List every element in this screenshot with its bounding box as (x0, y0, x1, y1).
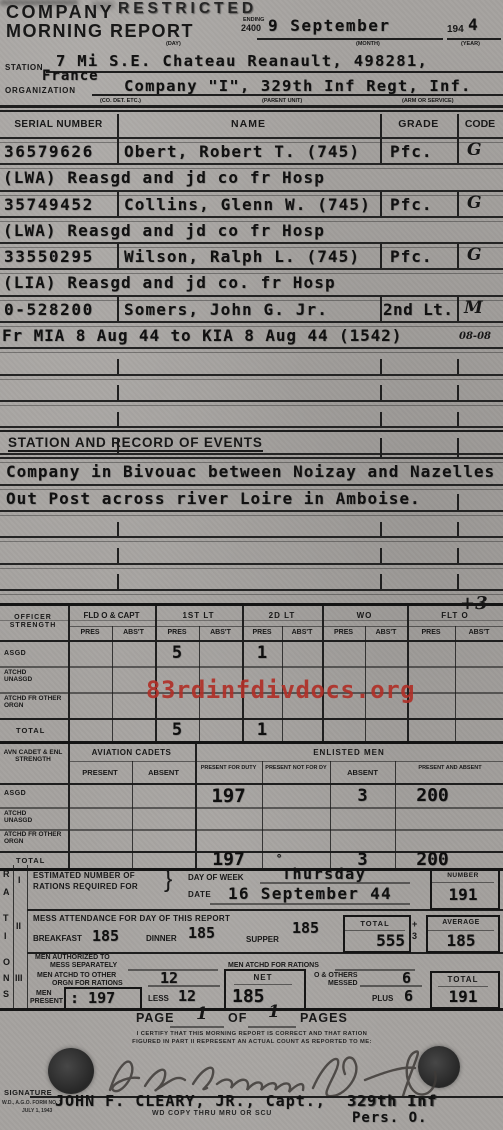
roster-row-entry: 35749452 Collins, Glenn W. (745) Pfc. G (0, 192, 503, 218)
roster-row-entry: 0-528200 Somers, John G. Jr. 2nd Lt. M (0, 297, 503, 323)
rations-rail-letter: O (3, 957, 10, 967)
plus-value: 6 (404, 987, 413, 1005)
grade: Pfc. (390, 195, 433, 214)
mess-attendance-title: MESS ATTENDANCE FOR DAY OF THIS REPORT (33, 914, 230, 923)
events-heading: STATION AND RECORD OF EVENTS (8, 435, 263, 452)
day-of-week-label: DAY OF WEEK (188, 873, 244, 882)
row-label-asgd: ASGD (4, 650, 26, 657)
events-text-row: Out Post across river Loire in Amboise. (0, 486, 503, 513)
code-mark: G (467, 193, 482, 213)
sub-absent: ABSENT (132, 768, 195, 777)
table-divider (322, 606, 324, 744)
entry-note: (LWA) Reasgd and jd co fr Hosp (3, 168, 325, 187)
net-value: 185 (226, 986, 306, 1007)
table-rule (0, 640, 503, 642)
column-divider (117, 522, 119, 537)
column-divider (117, 359, 119, 374)
column-divider (457, 359, 459, 374)
column-divider (117, 574, 119, 589)
rations-numeral-ii: II (16, 921, 21, 931)
code-mark: G (467, 245, 482, 265)
group-flt-o: FLT O (407, 611, 503, 620)
officer-strength-table: OFFICER STRENGTH FLD O & CAPT 1ST LT 2D … (0, 603, 503, 744)
estimated-rations-label-2: RATIONS REQUIRED FOR (33, 882, 138, 891)
column-divider (380, 440, 382, 458)
sub-present-for-duty: PRESENT FOR DUTY (197, 765, 260, 771)
men-present-label-1: MEN (36, 990, 52, 997)
rations-total-value: 191 (432, 987, 494, 1006)
mess-total-value: 555 (351, 931, 405, 950)
table-divider (455, 626, 456, 744)
row-label-atchd-fr-other: ATCHD FR OTHER ORGN (4, 831, 62, 846)
org-sub-parent-unit: (PARENT UNIT) (262, 98, 302, 104)
column-divider (117, 244, 119, 268)
table-divider (68, 606, 70, 744)
group-1st-lt: 1ST LT (155, 611, 242, 620)
number-label: NUMBER (432, 872, 494, 879)
row-label-atchd-fr-other: ATCHD FR OTHER ORGN (4, 695, 62, 710)
sub-pres: PRES (68, 629, 112, 636)
sub-pres: PRES (155, 629, 199, 636)
net-label: NET (226, 973, 300, 982)
supper-label: SUPPER (246, 935, 279, 944)
signer-typed-name: JOHN F. CLEARY, JR., Capt., (55, 1092, 326, 1110)
less-label: LESS (148, 994, 169, 1003)
column-divider (457, 412, 459, 427)
men-present-value: : 197 (70, 989, 115, 1007)
roster-row-note: (LWA) Reasgd and jd co fr Hosp (0, 218, 503, 244)
column-divider (457, 574, 459, 589)
column-divider (117, 412, 119, 427)
year-written: 4 (468, 15, 478, 34)
soldier-name: Collins, Glenn W. (745) (124, 195, 371, 214)
enlisted-corner-label: AVN CADET & ENL STRENGTH (3, 749, 63, 764)
certify-line-1: I CERTIFY THAT THIS MORNING REPORT IS CO… (96, 1031, 408, 1037)
copy-routing-note: WD COPY THRU MRU OR SCU (152, 1110, 272, 1117)
pages-underline (248, 1026, 296, 1028)
roster-row-entry: 36579626 Obert, Robert T. (745) Pfc. G (0, 139, 503, 165)
column-divider (457, 192, 459, 216)
rations-numeral-iii: III (15, 973, 23, 983)
table-divider (112, 626, 113, 744)
enlisted-strength-table: AVN CADET & ENL STRENGTH AVIATION CADETS… (0, 741, 503, 871)
table-rule (0, 666, 503, 668)
row-label-total: TOTAL (16, 856, 45, 865)
entry-note: (LWA) Reasgd and jd co fr Hosp (3, 221, 325, 240)
rations-rail-letter: I (4, 931, 7, 941)
roster-row-note: (LIA) Reasgd and jd co. fr Hosp (0, 270, 503, 296)
sub-pres: PRES (407, 629, 455, 636)
average-label: AVERAGE (428, 919, 494, 926)
code-note: 08-08 (459, 331, 491, 342)
divide-sign-top: + (412, 919, 417, 929)
table-rule (68, 761, 503, 762)
number-box: NUMBER 191 (430, 868, 500, 910)
page-underline (170, 1026, 224, 1028)
pages-label: PAGES (300, 1011, 348, 1025)
events-section: STATION AND RECORD OF EVENTS Company in … (0, 430, 503, 615)
events-line-1: Company in Bivouac between Noizay and Na… (6, 462, 495, 481)
net-rule (234, 984, 292, 985)
brace-glyph: } (164, 865, 172, 894)
roster-row-note: Fr MIA 8 Aug 44 to KIA 8 Aug 44 (1542) 0… (0, 323, 503, 349)
column-divider (457, 139, 459, 163)
column-divider (457, 385, 459, 400)
column-divider (380, 574, 382, 589)
column-header-serial: SERIAL NUMBER (0, 119, 117, 130)
men-atchd-for-rations-label: MEN ATCHD FOR RATIONS (228, 962, 319, 969)
rations-rail-letter: A (3, 887, 10, 897)
soldier-name: Wilson, Ralph L. (745) (124, 247, 360, 266)
column-divider (380, 114, 382, 137)
row-label-atchd-unasgd: ATCHD UNASGD (4, 810, 56, 825)
men-atchd-other-label-1: MEN ATCHD TO OTHER (37, 972, 116, 979)
column-divider (457, 440, 459, 458)
page-label: PAGE (136, 1011, 175, 1025)
column-divider (380, 385, 382, 400)
month-label: (MONTH) (356, 41, 380, 47)
rations-numeral-i: I (18, 875, 21, 885)
column-divider (117, 548, 119, 563)
org-sub-co-det: (CO. DET. ETC.) (100, 98, 141, 104)
year-underline (447, 38, 501, 40)
breakfast-label: BREAKFAST (33, 934, 82, 943)
serial-number: 35749452 (4, 195, 94, 214)
table-rule (0, 829, 503, 831)
roster-header-row: SERIAL NUMBER NAME GRADE CODE (0, 114, 503, 139)
men-atchd-other-label-2: ORGN FOR RATIONS (52, 980, 123, 987)
column-divider (117, 139, 119, 163)
officer-total-2dlt-pres: 1 (242, 720, 282, 740)
page-number: 1 (196, 1004, 208, 1024)
column-divider (380, 522, 382, 537)
average-value: 185 (428, 931, 494, 950)
column-header-code: CODE (457, 118, 503, 130)
column-divider (380, 297, 382, 321)
plus-label: PLUS (372, 994, 393, 1003)
soldier-name: Somers, John G. Jr. (124, 300, 328, 319)
column-divider (380, 548, 382, 563)
enlisted-asgd-present-and-absent: 200 (395, 785, 470, 806)
rations-total-label: TOTAL (432, 975, 494, 984)
group-aviation-cadets: AVIATION CADETS (68, 748, 195, 757)
grade: 2nd Lt. (383, 300, 453, 319)
group-fld-o-capt: FLD O & CAPT (68, 611, 155, 620)
ending-time: 2400 (241, 23, 261, 33)
station-value: 7 Mi S.E. Chateau Reanault, 498281, (56, 52, 428, 70)
roster-row-entry: 33550295 Wilson, Ralph L. (745) Pfc. G (0, 244, 503, 270)
date-underline (210, 903, 410, 905)
events-line-2: Out Post across river Loire in Amboise. (6, 489, 421, 508)
mess-total-box: TOTAL 555 (343, 915, 411, 953)
column-divider (380, 139, 382, 163)
number-box-rule (432, 882, 494, 883)
year-printed: 194 (447, 24, 464, 35)
rations-total-box: TOTAL 191 (430, 971, 500, 1009)
enlisted-total-present-not-for-dy: ° (264, 852, 294, 865)
station-label: STATION (5, 63, 43, 72)
signer-typed-unit: 329th Inf (347, 1092, 437, 1110)
column-divider (380, 192, 382, 216)
sub-abst: ABS'T (199, 629, 242, 636)
serial-number: 33550295 (4, 247, 94, 266)
site-watermark: 83rdinfdivdocs.org (146, 676, 415, 704)
grade: Pfc. (390, 142, 433, 161)
column-divider (457, 114, 459, 137)
supper-value: 185 (292, 919, 319, 937)
column-divider (117, 192, 119, 216)
code-mark: G (467, 140, 482, 160)
form-title-line2: MORNING REPORT (6, 21, 194, 42)
table-rule (0, 807, 503, 809)
enlisted-asgd-absent: 3 (330, 786, 395, 806)
column-divider (117, 297, 119, 321)
column-divider (380, 359, 382, 374)
officer-total-1stlt-pres: 5 (155, 720, 199, 740)
day-of-week-value: Thursday (282, 865, 366, 883)
row-label-total: TOTAL (16, 726, 45, 735)
column-divider (457, 548, 459, 563)
officer-asgd-2dlt-pres: 1 (242, 643, 282, 663)
year-label: (YEAR) (461, 41, 480, 47)
events-text-row: Company in Bivouac between Noizay and Na… (0, 459, 503, 486)
dinner-label: DINNER (146, 934, 177, 943)
header-rule-echo (0, 110, 503, 112)
column-divider (380, 412, 382, 427)
mess-total-label: TOTAL (345, 919, 405, 928)
row-label-asgd: ASGD (4, 790, 26, 797)
roster-row-empty (0, 349, 503, 375)
rail-divider (13, 865, 14, 1008)
table-divider (407, 606, 409, 744)
events-empty-row (0, 512, 503, 538)
sub-pres: PRES (322, 629, 365, 636)
report-date: 9 September (268, 16, 390, 35)
serial-number: 0-528200 (4, 300, 94, 319)
column-divider (117, 114, 119, 137)
rations-rail-letter: R (3, 869, 10, 879)
rations-rail-letter: S (3, 989, 9, 999)
of-label: OF (228, 1011, 247, 1025)
rations-rail-letter: N (3, 973, 10, 983)
events-heading-row: STATION AND RECORD OF EVENTS (0, 432, 503, 459)
roster-row-note: (LWA) Reasgd and jd co fr Hosp (0, 165, 503, 191)
serial-number: 36579626 (4, 142, 94, 161)
sub-present-not-for-dy: PRESENT NOT FOR DY (264, 765, 328, 771)
table-divider (132, 761, 133, 868)
entry-note: Fr MIA 8 Aug 44 to KIA 8 Aug 44 (1542) (2, 326, 402, 345)
events-empty-row (0, 565, 503, 591)
sub-absent-enlisted: ABSENT (330, 768, 395, 777)
column-divider (457, 244, 459, 268)
date-underline (257, 38, 443, 40)
sub-abst: ABS'T (112, 629, 155, 636)
average-box: AVERAGE 185 (426, 915, 500, 953)
dinner-value: 185 (188, 924, 215, 942)
rail-divider (27, 865, 28, 1008)
form-reference: W.D., A.G.O. FORM NO. 1 (2, 1100, 62, 1106)
date-label: DATE (188, 890, 211, 899)
header-rule-heavy (0, 105, 503, 108)
sub-pres: PRES (242, 629, 282, 636)
sub-abst: ABS'T (365, 629, 407, 636)
men-present-box: : 197 (64, 987, 142, 1010)
group-2d-lt: 2D LT (242, 611, 322, 620)
organization-value: Company "I", 329th Inf Regt, Inf. (124, 77, 472, 95)
breakfast-value: 185 (92, 927, 119, 945)
signer-typed-title: Pers. O. (352, 1110, 427, 1126)
organization-label: ORGANIZATION (5, 86, 76, 95)
rations-rail-letter: T (3, 913, 9, 923)
column-header-name: NAME (117, 118, 380, 130)
divide-sign-bottom: 3 (412, 931, 417, 941)
day-label: (DAY) (166, 41, 181, 47)
sub-present-and-absent: PRESENT AND ABSENT (410, 765, 490, 771)
table-divider (68, 744, 70, 868)
column-divider (457, 494, 459, 510)
org-sub-arm-service: (ARM OR SERVICE) (402, 98, 454, 104)
restricted-stamp: RESTRICTED (118, 0, 257, 18)
men-authorized-label: MEN AUTHORIZED TO (35, 954, 110, 961)
roster-row-empty (0, 402, 503, 428)
sub-abst: ABS'T (455, 629, 503, 636)
enlisted-asgd-present-for-duty: 197 (195, 785, 262, 807)
estimated-rations-label-1: ESTIMATED NUMBER OF (33, 871, 135, 880)
entry-note: (LIA) Reasgd and jd co. fr Hosp (3, 273, 336, 292)
less-value: 12 (178, 987, 196, 1005)
form-title-line1: COMPANY (6, 2, 114, 23)
net-box: NET 185 (224, 969, 306, 1010)
sub-present: PRESENT (68, 768, 132, 777)
pages-number: 1 (268, 1002, 280, 1022)
officer-asgd-1stlt-pres: 5 (155, 643, 199, 663)
table-rule (68, 626, 503, 627)
station-underline (46, 71, 503, 73)
men-present-label-2: PRESENT (30, 998, 63, 1005)
code-mark: M (464, 298, 483, 318)
column-divider (457, 522, 459, 537)
morning-report-document: COMPANY RESTRICTED MORNING REPORT ENDING… (0, 0, 503, 1130)
events-empty-row (0, 538, 503, 564)
rations-section: R A T I O N S I II III ESTIMATED NUMBER … (0, 865, 503, 1011)
o-and-others-label-2: MESSED (328, 980, 358, 987)
rations-date-value: 16 September 44 (228, 884, 392, 903)
roster-table: SERIAL NUMBER NAME GRADE CODE 36579626 O… (0, 114, 503, 455)
mess-separately-label: MESS SEPARATELY (50, 962, 117, 969)
sub-abst: ABS'T (282, 629, 322, 636)
soldier-name: Obert, Robert T. (745) (124, 142, 360, 161)
grade: Pfc. (390, 247, 433, 266)
column-divider (380, 244, 382, 268)
number-value: 191 (432, 885, 494, 904)
column-divider (117, 385, 119, 400)
column-header-grade: GRADE (380, 118, 457, 130)
row-label-atchd-unasgd: ATCHD UNASGD (4, 669, 56, 684)
roster-row-empty (0, 376, 503, 402)
o-and-others-label-1: O & OTHERS (314, 972, 358, 979)
form-date: JULY 1, 1943 (22, 1108, 52, 1114)
column-divider (457, 297, 459, 321)
table-divider (262, 761, 263, 868)
organization-underline (92, 94, 503, 96)
officer-strength-corner-label: OFFICER STRENGTH (4, 614, 62, 630)
group-wo: WO (322, 611, 407, 620)
group-enlisted-men: ENLISTED MEN (195, 748, 503, 757)
station-value-2: France (42, 68, 99, 84)
